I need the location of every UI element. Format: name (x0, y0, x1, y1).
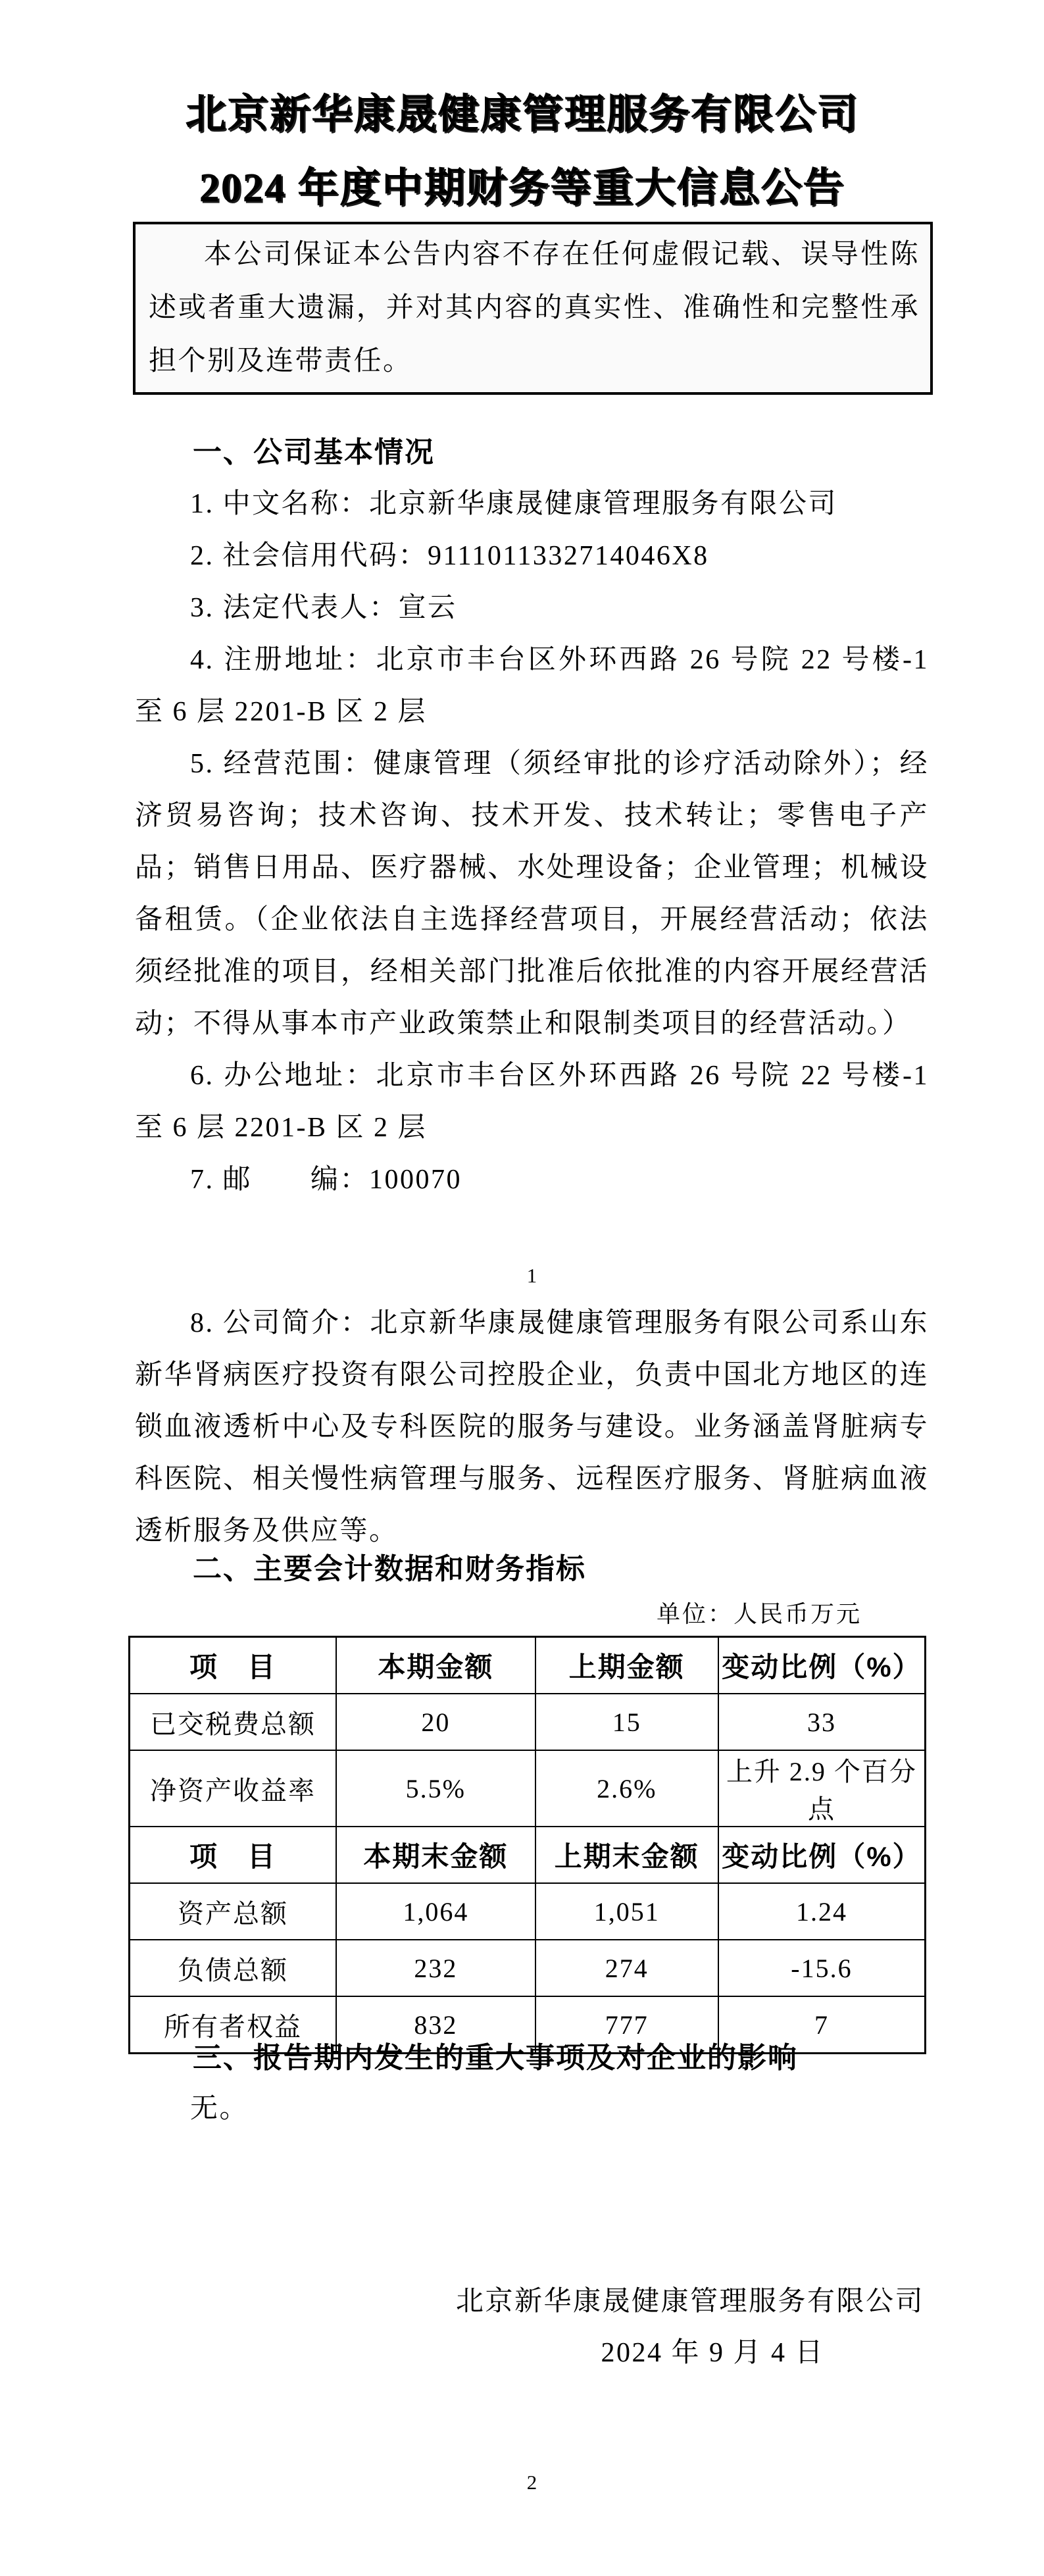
page-number-1: 1 (135, 1265, 929, 1287)
page-number-2: 2 (135, 2471, 929, 2494)
section2-heading: 二、主要会计数据和财务指标 (135, 1543, 929, 1595)
table-row-total-liabilities: 负债总额 232 274 -15.6 (130, 1940, 926, 1996)
item-registered-address: 4. 注册地址：北京市丰台区外环西路 26 号院 22 号楼-1 至 6 层 2… (135, 634, 929, 738)
cell-value: 232 (336, 1940, 535, 1996)
cell-value: 274 (535, 1940, 718, 1996)
cell-value: 20 (336, 1694, 535, 1750)
header-cell-current-amount: 本期金额 (336, 1637, 535, 1694)
table-row-roe: 净资产收益率 5.5% 2.6% 上升 2.9 个百分点 (130, 1750, 926, 1827)
disclaimer-box: 本公司保证本公告内容不存在任何虚假记载、误导性陈述或者重大遗漏，并对其内容的真实… (133, 222, 933, 395)
table-header-row-period-end: 项 目 本期末金额 上期末金额 变动比例（%） (130, 1827, 926, 1883)
item-company-profile: 8. 公司简介：北京新华康晟健康管理服务有限公司系山东新华肾病医疗投资有限公司控… (135, 1298, 929, 1557)
table-row-taxes-paid: 已交税费总额 20 15 33 (130, 1694, 926, 1750)
cell-value: 5.5% (336, 1750, 535, 1827)
cell-label: 资产总额 (130, 1883, 337, 1940)
cell-value: -15.6 (718, 1940, 926, 1996)
signature-company: 北京新华康晟健康管理服务有限公司 (135, 2276, 924, 2328)
item-postal-code: 7. 邮 编：100070 (135, 1154, 929, 1206)
document-page: 北京新华康晟健康管理服务有限公司 2024 年度中期财务等重大信息公告 本公司保… (0, 0, 1044, 2576)
section1-heading: 一、公司基本情况 (135, 426, 929, 478)
header-cell-prior-amount: 上期金额 (535, 1637, 718, 1694)
item-business-scope: 5. 经营范围：健康管理（须经审批的诊疗活动除外）；经济贸易咨询；技术咨询、技术… (135, 738, 929, 1050)
header-cell-change-ratio: 变动比例（%） (718, 1637, 926, 1694)
cell-label: 净资产收益率 (130, 1750, 337, 1827)
section-basic-info: 一、公司基本情况 1. 中文名称：北京新华康晟健康管理服务有限公司 2. 社会信… (135, 426, 929, 1206)
financial-table: 项 目 本期金额 上期金额 变动比例（%） 已交税费总额 20 15 33 净资… (128, 1636, 926, 2054)
title-line-2: 2024 年度中期财务等重大信息公告 (0, 151, 1044, 225)
cell-label: 已交税费总额 (130, 1694, 337, 1750)
cell-value: 2.6% (535, 1750, 718, 1827)
item-office-address: 6. 办公地址：北京市丰台区外环西路 26 号院 22 号楼-1 至 6 层 2… (135, 1050, 929, 1154)
header-cell-item: 项 目 (130, 1637, 337, 1694)
title-line-1: 北京新华康晟健康管理服务有限公司 (0, 78, 1044, 151)
header-cell-prior-end-amount: 上期末金额 (535, 1827, 718, 1883)
signature-date: 2024 年 9 月 4 日 (135, 2327, 824, 2379)
cell-value: 1,064 (336, 1883, 535, 1940)
header-cell-change-ratio: 变动比例（%） (718, 1827, 926, 1883)
cell-value: 1,051 (535, 1883, 718, 1940)
cell-value: 上升 2.9 个百分点 (718, 1750, 926, 1827)
table-row-total-assets: 资产总额 1,064 1,051 1.24 (130, 1883, 926, 1940)
disclaimer-text: 本公司保证本公告内容不存在任何虚假记载、误导性陈述或者重大遗漏，并对其内容的真实… (149, 228, 920, 388)
header-cell-item: 项 目 (130, 1827, 337, 1883)
cell-value: 1.24 (718, 1883, 926, 1940)
table-header-row-current: 项 目 本期金额 上期金额 变动比例（%） (130, 1637, 926, 1694)
cell-value: 33 (718, 1694, 926, 1750)
document-title: 北京新华康晟健康管理服务有限公司 2024 年度中期财务等重大信息公告 (0, 78, 1044, 225)
section3-body: 无。 (135, 2083, 929, 2135)
item-credit-code: 2. 社会信用代码：9111011332714046X8 (135, 530, 929, 582)
cell-value: 15 (535, 1694, 718, 1750)
cell-label: 负债总额 (130, 1940, 337, 1996)
item-legal-representative: 3. 法定代表人：宣云 (135, 582, 929, 634)
section3-heading: 三、报告期内发生的重大事项及对企业的影响 (135, 2032, 929, 2084)
unit-note: 单位：人民币万元 (135, 1598, 862, 1630)
header-cell-period-end-amount: 本期末金额 (336, 1827, 535, 1883)
item-chinese-name: 1. 中文名称：北京新华康晟健康管理服务有限公司 (135, 478, 929, 530)
